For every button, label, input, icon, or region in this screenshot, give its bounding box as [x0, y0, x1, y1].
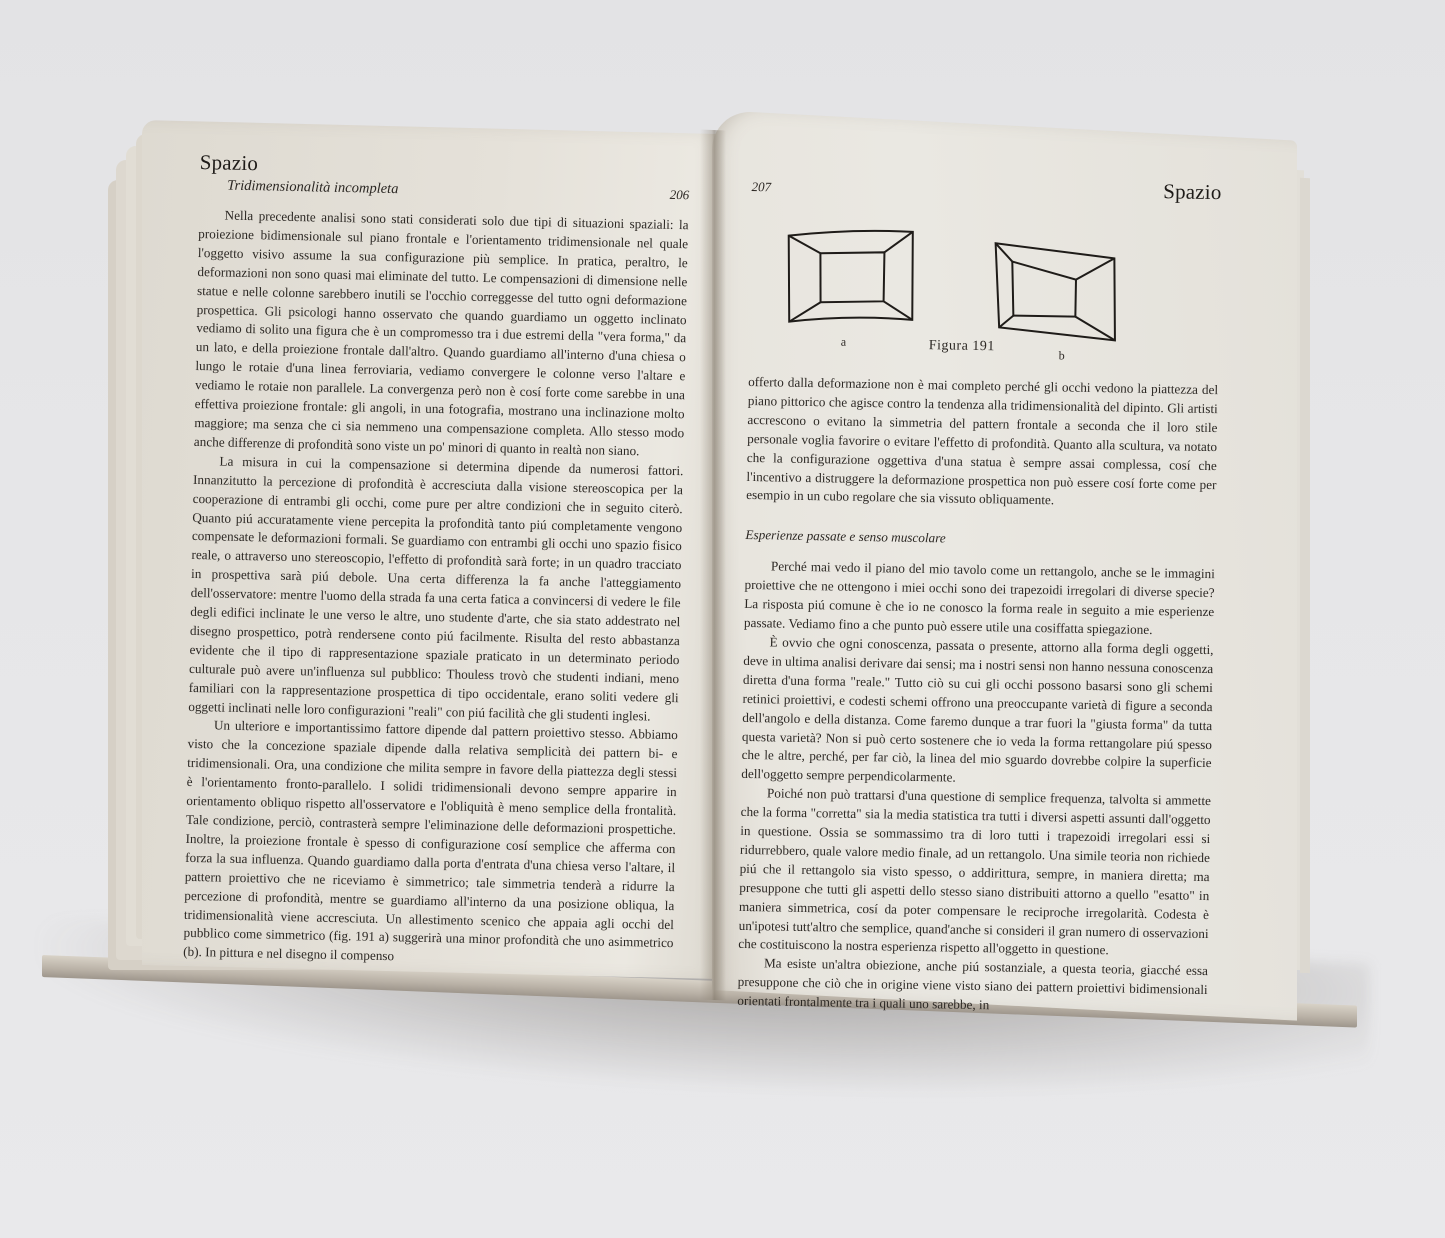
figure-caption: Figura 191 [929, 338, 995, 355]
paragraph: È ovvio che ogni conoscenza, passata o p… [741, 633, 1214, 792]
paragraph: offerto dalla deformazione non è mai com… [746, 373, 1218, 514]
section-subhead: Esperienze passate e senso muscolare [745, 527, 1215, 551]
figure-label-a: a [841, 335, 847, 350]
paragraph: Ma esiste un'altra obiezione, anche piú … [737, 954, 1208, 1019]
figure-label-b: b [1059, 348, 1065, 363]
page-number-right: 207 [751, 179, 771, 195]
photo-scene: Spazio Tridimensionalità incompleta 206 … [0, 0, 1445, 1238]
paragraph: Perché mai vedo il piano del mio tavolo … [744, 557, 1215, 641]
running-head-right: Spazio [1163, 179, 1222, 205]
left-page-content: Spazio Tridimensionalità incompleta 206 … [183, 150, 690, 972]
right-page-edge [1300, 178, 1310, 974]
section-title: Tridimensionalità incompleta [227, 178, 399, 199]
figure-191: a Figura 191 b [749, 207, 1222, 365]
paragraph: Un ulteriore e importantissimo fattore d… [183, 716, 678, 972]
figure-drawing [779, 228, 1161, 345]
right-header-row: 207 Spazio [751, 162, 1222, 205]
paragraph: Poiché non può trattarsi d'una questione… [738, 784, 1211, 962]
right-page-content: 207 Spazio [737, 162, 1222, 1019]
paragraph: Nella precedente analisi sono stati cons… [194, 206, 689, 462]
page-number-left: 206 [669, 187, 689, 203]
book-gutter [700, 130, 726, 1001]
paragraph: La misura in cui la compensazione si det… [188, 452, 683, 727]
